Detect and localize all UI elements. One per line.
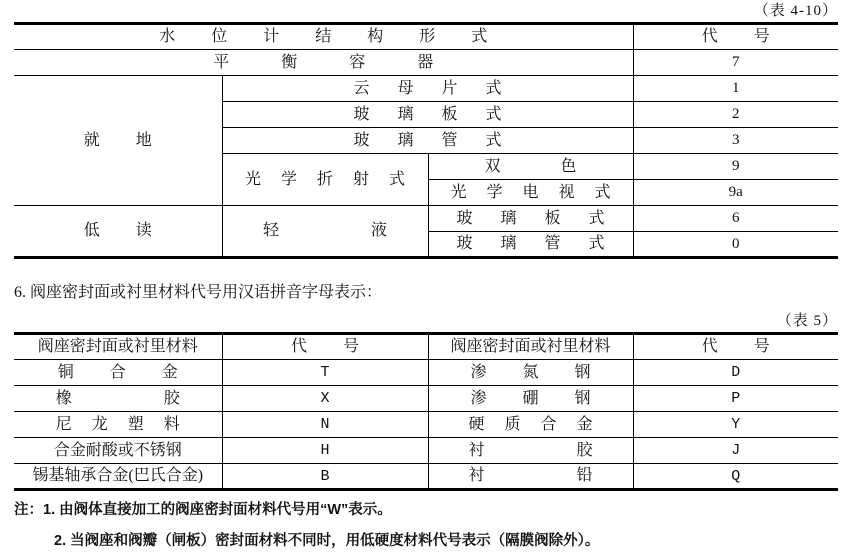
t1-low-glass-tube: 玻 璃 管 式 (428, 232, 633, 258)
t1-dual-color: 双 色 (428, 154, 633, 180)
water-level-gauge-table: 水 位 计 结 构 形 式 代 号 平 衡 容 器 7 就 地 云 母 片 式 … (14, 22, 838, 259)
t1-code-low-glass-plate: 6 (633, 206, 838, 232)
t2-nitrided-steel: 渗 氮 钢 (428, 360, 633, 386)
t1-group-local: 就 地 (14, 76, 222, 206)
table-row: 铜 合 金 T 渗 氮 钢 D (14, 360, 838, 386)
t2-header-code-left: 代 号 (222, 334, 428, 360)
t1-code-mica: 1 (633, 76, 838, 102)
t2-hard-alloy: 硬 质 合 金 (428, 412, 633, 438)
section-6-text: 6. 阀座密封面或衬里材料代号用汉语拼音字母表示： (14, 283, 838, 303)
table2-caption: （表 5） (14, 312, 838, 330)
table-row: 就 地 云 母 片 式 1 (14, 76, 838, 102)
t2-nylon-plastic: 尼 龙 塑 料 (14, 412, 222, 438)
t1-code-dual-color: 9 (633, 154, 838, 180)
note-1-text: 1. 由阀体直接加工的阀座密封面材料代号用“W”表示。 (43, 502, 392, 518)
seat-material-code-table: 阀座密封面或衬里材料 代 号 阀座密封面或衬里材料 代 号 铜 合 金 T 渗 … (14, 332, 838, 491)
t2-code-J: J (633, 438, 838, 464)
t2-rubber-lined: 衬 胶 (428, 438, 633, 464)
t2-code-H: H (222, 438, 428, 464)
t2-code-X: X (222, 386, 428, 412)
t1-code-balance: 7 (633, 50, 838, 76)
t2-babbitt-alloy: 锡基轴承合金(巴氏合金) (14, 464, 222, 490)
t2-header-material-right: 阀座密封面或衬里材料 (428, 334, 633, 360)
t2-code-Q: Q (633, 464, 838, 490)
t2-borided-steel: 渗 硼 钢 (428, 386, 633, 412)
table-row: 尼 龙 塑 料 N 硬 质 合 金 Y (14, 412, 838, 438)
t1-code-low-glass-tube: 0 (633, 232, 838, 258)
t2-copper-alloy: 铜 合 金 (14, 360, 222, 386)
table-row: 橡 胶 X 渗 硼 钢 P (14, 386, 838, 412)
t1-group-low-read: 低 读 (14, 206, 222, 258)
t2-header-code-right: 代 号 (633, 334, 838, 360)
table-row: 阀座密封面或衬里材料 代 号 阀座密封面或衬里材料 代 号 (14, 334, 838, 360)
t1-code-glass-plate: 2 (633, 102, 838, 128)
note-1: 注：1. 由阀体直接加工的阀座密封面材料代号用“W”表示。 (14, 501, 838, 520)
t1-mica-type: 云 母 片 式 (222, 76, 633, 102)
table-row: 锡基轴承合金(巴氏合金) B 衬 铅 Q (14, 464, 838, 490)
t1-light-liquid: 轻 液 (222, 206, 428, 258)
note-2: 2. 当阀座和阀瓣（闸板）密封面材料不同时，用低硬度材料代号表示（隔膜阀除外）。 (14, 532, 838, 551)
t2-code-D: D (633, 360, 838, 386)
t1-low-glass-plate: 玻 璃 板 式 (428, 206, 633, 232)
document-page: （表 4-10） 水 位 计 结 构 形 式 代 号 平 衡 容 器 7 就 地… (0, 0, 866, 551)
t1-glass-plate-type: 玻 璃 板 式 (222, 102, 633, 128)
t2-code-P: P (633, 386, 838, 412)
t2-header-material-left: 阀座密封面或衬里材料 (14, 334, 222, 360)
t2-rubber: 橡 胶 (14, 386, 222, 412)
t1-glass-tube-type: 玻 璃 管 式 (222, 128, 633, 154)
table-row: 合金耐酸或不锈钢 H 衬 胶 J (14, 438, 838, 464)
t1-optical-tv: 光 学 电 视 式 (428, 180, 633, 206)
t2-code-Y: Y (633, 412, 838, 438)
t1-code-glass-tube: 3 (633, 128, 838, 154)
table-row: 低 读 轻 液 玻 璃 板 式 6 (14, 206, 838, 232)
t2-acid-resistant-steel: 合金耐酸或不锈钢 (14, 438, 222, 464)
table-row: 平 衡 容 器 7 (14, 50, 838, 76)
t1-code-optical-tv: 9a (633, 180, 838, 206)
t2-lead-lined: 衬 铅 (428, 464, 633, 490)
t2-code-N: N (222, 412, 428, 438)
t1-optical-refraction: 光 学 折 射 式 (222, 154, 428, 206)
t1-balance-vessel: 平 衡 容 器 (14, 50, 633, 76)
table1-caption: （表 4-10） (14, 2, 838, 20)
t2-code-T: T (222, 360, 428, 386)
t1-header-structure: 水 位 计 结 构 形 式 (14, 24, 633, 50)
t2-code-B: B (222, 464, 428, 490)
table-row: 水 位 计 结 构 形 式 代 号 (14, 24, 838, 50)
note-label: 注： (14, 502, 43, 518)
t1-header-code: 代 号 (633, 24, 838, 50)
